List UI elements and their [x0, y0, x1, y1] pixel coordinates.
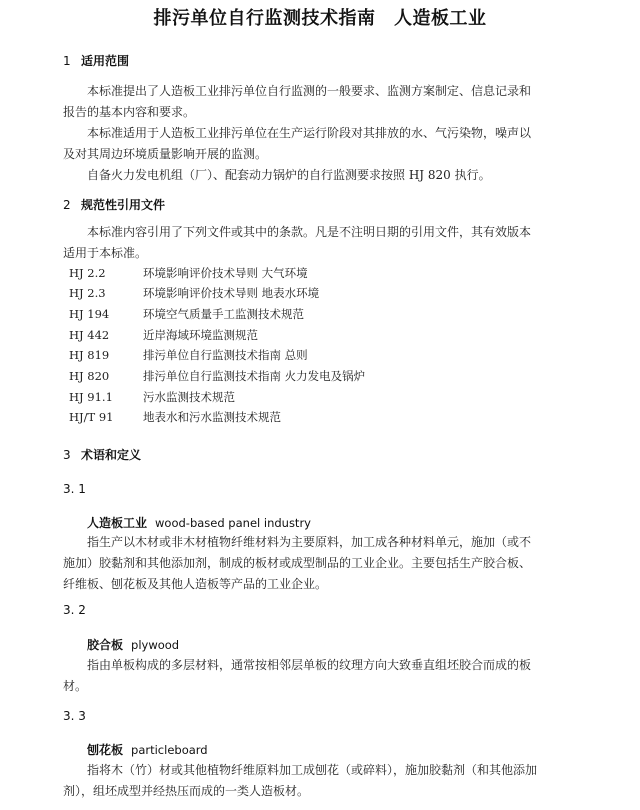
term-definition: 指生产以木材或非木材植物纤维材料为主要原料，加工成各种材料单元，施加（或不 施加… [63, 532, 553, 595]
text-line: 材。 [63, 676, 553, 697]
reference-code: HJ 91.1 [69, 390, 143, 404]
reference-code: HJ 820 [69, 369, 143, 383]
document-page: 排污单位自行监测技术指南 人造板工业 1适用范围 本标准提出了人造板工业排污单位… [0, 0, 640, 810]
reference-title: 地表水和污水监测技术规范 [143, 409, 281, 425]
text-line: 指由单板构成的多层材料，通常按相邻层单板的纹理方向大致垂直组坯胶合而成的板 [63, 655, 553, 676]
term-number: 3. 1 [63, 482, 86, 496]
text-line: 本标准适用于人造板工业排污单位在生产运行阶段对其排放的水、气污染物，噪声以 [63, 123, 553, 144]
section-title: 规范性引用文件 [81, 198, 165, 212]
references-intro: 本标准内容引用了下列文件或其中的条款。凡是不注明日期的引用文件，其有效版本 适用… [63, 222, 553, 264]
term-number: 3. 2 [63, 603, 86, 617]
term-heading: 胶合板plywood [87, 636, 179, 653]
reference-title: 排污单位自行监测技术指南 总则 [143, 347, 308, 363]
term-chinese: 人造板工业 [87, 516, 147, 530]
term-heading: 人造板工业wood-based panel industry [87, 514, 311, 531]
section-title: 术语和定义 [81, 448, 141, 462]
reference-title: 近岸海域环境监测规范 [143, 327, 258, 343]
text-line: 指生产以木材或非木材植物纤维材料为主要原料，加工成各种材料单元，施加（或不 [63, 532, 553, 553]
section-heading-terms-definitions: 3术语和定义 [63, 446, 141, 463]
text-line: 纤维板、刨花板及其他人造板等产品的工业企业。 [63, 574, 553, 595]
reference-item: HJ 2.2环境影响评价技术导则 大气环境 [69, 265, 308, 284]
term-chinese: 刨花板 [87, 743, 123, 757]
reference-item: HJ/T 91地表水和污水监测技术规范 [69, 409, 281, 428]
section-title: 适用范围 [81, 54, 129, 68]
reference-code: HJ 442 [69, 328, 143, 342]
reference-title: 排污单位自行监测技术指南 火力发电及锅炉 [143, 368, 365, 384]
reference-code: HJ 2.3 [69, 286, 143, 300]
text-line: 本标准内容引用了下列文件或其中的条款。凡是不注明日期的引用文件，其有效版本 [63, 222, 553, 243]
section-heading-normative-references: 2规范性引用文件 [63, 196, 165, 213]
section-number: 2 [63, 198, 81, 212]
term-heading: 刨花板particleboard [87, 741, 208, 758]
reference-title: 环境影响评价技术导则 大气环境 [143, 265, 308, 281]
text-line: 剂），组坯成型并经热压而成的一类人造板材。 [63, 781, 553, 802]
reference-title: 污水监测技术规范 [143, 389, 235, 405]
reference-item: HJ 442近岸海域环境监测规范 [69, 327, 258, 346]
scope-paragraph-1: 本标准提出了人造板工业排污单位自行监测的一般要求、监测方案制定、信息记录和 报告… [63, 81, 553, 123]
reference-title: 环境空气质量手工监测技术规范 [143, 306, 304, 322]
text-line: 报告的基本内容和要求。 [63, 102, 553, 123]
term-definition: 指由单板构成的多层材料，通常按相邻层单板的纹理方向大致垂直组坯胶合而成的板 材。 [63, 655, 553, 697]
reference-code: HJ/T 91 [69, 410, 143, 424]
term-english: wood-based panel industry [155, 516, 311, 530]
reference-item: HJ 819排污单位自行监测技术指南 总则 [69, 347, 308, 366]
document-title: 排污单位自行监测技术指南 人造板工业 [0, 4, 640, 30]
text-line: 自备火力发电机组（厂）、配套动力锅炉的自行监测要求按照 HJ 820 执行。 [63, 165, 553, 186]
term-number: 3. 3 [63, 709, 86, 723]
reference-code: HJ 2.2 [69, 266, 143, 280]
reference-title: 环境影响评价技术导则 地表水环境 [143, 285, 319, 301]
text-line: 施加）胶黏剂和其他添加剂，制成的板材或成型制品的工业企业。主要包括生产胶合板、 [63, 553, 553, 574]
scope-paragraph-3: 自备火力发电机组（厂）、配套动力锅炉的自行监测要求按照 HJ 820 执行。 [63, 165, 553, 186]
term-english: particleboard [131, 743, 208, 757]
term-chinese: 胶合板 [87, 638, 123, 652]
text-line: 适用于本标准。 [63, 243, 553, 264]
term-definition: 指将木（竹）材或其他植物纤维原料加工成刨花（或碎料），施加胶黏剂（和其他添加 剂… [63, 760, 553, 802]
section-number: 1 [63, 54, 81, 68]
text-line: 本标准提出了人造板工业排污单位自行监测的一般要求、监测方案制定、信息记录和 [63, 81, 553, 102]
term-english: plywood [131, 638, 179, 652]
text-line: 指将木（竹）材或其他植物纤维原料加工成刨花（或碎料），施加胶黏剂（和其他添加 [63, 760, 553, 781]
reference-item: HJ 194环境空气质量手工监测技术规范 [69, 306, 304, 325]
reference-code: HJ 819 [69, 348, 143, 362]
reference-item: HJ 820排污单位自行监测技术指南 火力发电及锅炉 [69, 368, 365, 387]
section-number: 3 [63, 448, 81, 462]
reference-code: HJ 194 [69, 307, 143, 321]
text-line: 及对其周边环境质量影响开展的监测。 [63, 144, 553, 165]
scope-paragraph-2: 本标准适用于人造板工业排污单位在生产运行阶段对其排放的水、气污染物，噪声以 及对… [63, 123, 553, 165]
reference-item: HJ 2.3环境影响评价技术导则 地表水环境 [69, 285, 319, 304]
reference-item: HJ 91.1污水监测技术规范 [69, 389, 235, 408]
section-heading-scope: 1适用范围 [63, 52, 129, 69]
